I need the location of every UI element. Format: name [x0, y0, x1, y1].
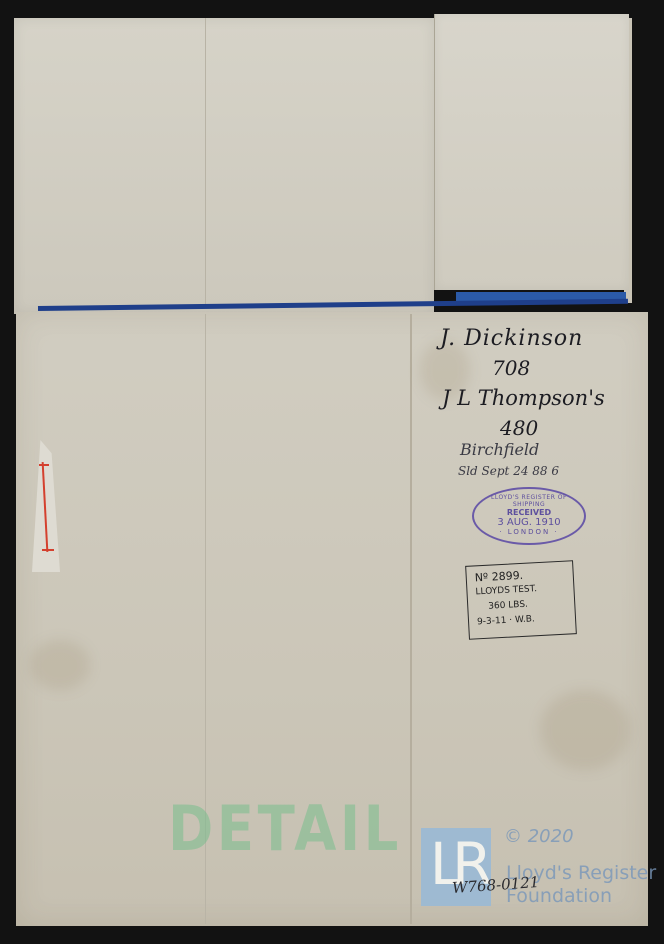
- handwritten-date: Sld Sept 24 88 6: [458, 464, 559, 478]
- paper-stain: [540, 690, 630, 770]
- handwritten-number-1: 708: [492, 356, 530, 380]
- fold-crease: [205, 18, 206, 308]
- stamp-received-text: RECEIVED: [474, 508, 584, 517]
- red-ink-tick: [42, 549, 54, 551]
- handwritten-place: Birchfield: [460, 440, 539, 459]
- stamp-top-text: LLOYD'S REGISTER OF SHIPPING: [474, 494, 584, 508]
- red-ink-tick: [39, 464, 49, 466]
- green-detail-stamp: DETAIL: [168, 792, 402, 865]
- stamp-date: 3 AUG. 1910: [474, 517, 584, 528]
- handwritten-name-1: J. Dickinson: [440, 326, 583, 351]
- stamp-bottom-text: · LONDON ·: [474, 528, 584, 536]
- received-stamp: LLOYD'S REGISTER OF SHIPPING RECEIVED 3 …: [472, 487, 586, 545]
- top-fold-panel: [14, 18, 434, 314]
- fold-crease: [410, 314, 412, 924]
- handwritten-name-2: J L Thompson's: [442, 386, 605, 410]
- test-label-box: Nº 2899. LLOYDS TEST. 360 LBS. 9-3-11 · …: [465, 560, 577, 640]
- right-flap-panel: [434, 14, 629, 290]
- paper-stain: [30, 640, 90, 690]
- handwritten-number-2: 480: [500, 416, 538, 440]
- watermark-copyright: © 2020: [504, 826, 574, 847]
